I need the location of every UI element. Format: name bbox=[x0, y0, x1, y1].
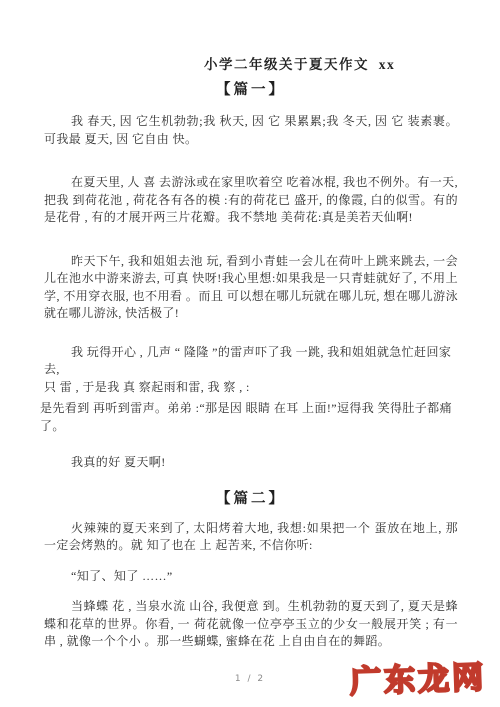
paragraph-line: 是先看到 再听到雷声。弟弟 :“那是因 眼睛 在耳 上面!”逗得我 笑得肚子都痛… bbox=[40, 400, 458, 435]
paragraph-line: 只 雷 , 于是我 真 察起雨和雷, 我 察 , : bbox=[44, 379, 458, 397]
paragraph: 我 玩得开心 , 几声 “ 隆隆 ”的雷声吓了我 一跳, 我和姐姐就急忙赶回家去… bbox=[44, 344, 458, 436]
section-heading-1: 【篇一】 bbox=[44, 81, 458, 100]
section-heading-2: 【篇二】 bbox=[44, 490, 458, 509]
document-content: 小学二年级关于夏天作文 xx 【篇一】 我 春天, 因 它生机勃勃;我 秋天, … bbox=[0, 0, 500, 651]
paragraph-line: 我 玩得开心 , 几声 “ 隆隆 ”的雷声吓了我 一跳, 我和姐姐就急忙赶回家去… bbox=[44, 344, 458, 379]
document-title: 小学二年级关于夏天作文 xx bbox=[204, 56, 458, 74]
paragraph: 昨天下午, 我和姐姐去池 玩, 看到小青蛙一会儿在荷叶上跳来跳去, 一会儿在池水… bbox=[44, 253, 458, 323]
watermark: 广东龙网 bbox=[349, 652, 486, 702]
paragraph: 我真的好 夏天啊! bbox=[44, 454, 458, 472]
page-number: 1 / 2 bbox=[235, 674, 265, 684]
document-page: 小学二年级关于夏天作文 xx 【篇一】 我 春天, 因 它生机勃勃;我 秋天, … bbox=[0, 0, 500, 707]
paragraph: 当蜂蝶 花 , 当泉水流 山谷, 我便意 到。生机勃勃的夏天到了, 夏天是蜂蝶和… bbox=[44, 598, 458, 651]
paragraph: 在夏天里, 人 喜 去游泳或在家里吹着空 吃着冰棍, 我也不例外。有一天, 把我… bbox=[44, 174, 458, 227]
paragraph: 火辣辣的夏天来到了, 太阳烤着大地, 我想:如果把一个 蛋放在地上, 那一定会烤… bbox=[44, 520, 458, 555]
paragraph: 我 春天, 因 它生机勃勃;我 秋天, 因 它 果累累;我 冬天, 因 它 装素… bbox=[44, 113, 458, 148]
paragraph: “知了、知了 ……” bbox=[44, 568, 458, 586]
